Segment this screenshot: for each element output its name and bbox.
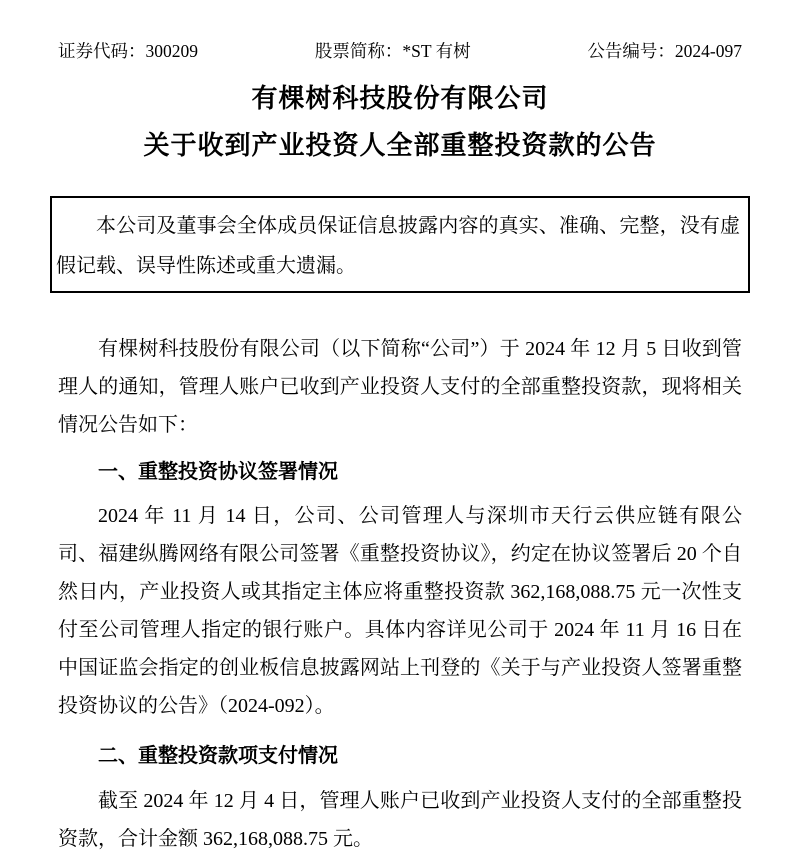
announcement-title: 关于收到产业投资人全部重整投资款的公告 (58, 130, 742, 160)
disclaimer-box: 本公司及董事会全体成员保证信息披露内容的真实、准确、完整，没有虚假记载、误导性陈… (50, 196, 750, 293)
section-2-heading: 二、重整投资款项支付情况 (58, 737, 742, 775)
disclaimer-text: 本公司及董事会全体成员保证信息披露内容的真实、准确、完整，没有虚假记载、误导性陈… (56, 206, 740, 286)
stock-short-name: 股票简称：*ST 有树 (315, 40, 471, 62)
section-1-heading: 一、重整投资协议签署情况 (58, 453, 742, 491)
section-2-body: 截至 2024 年 12 月 4 日，管理人账户已收到产业投资人支付的全部重整投… (58, 782, 742, 858)
company-name-title: 有棵树科技股份有限公司 (58, 83, 742, 113)
section-1-body: 2024 年 11 月 14 日，公司、公司管理人与深圳市天行云供应链有限公司、… (58, 497, 742, 725)
announcement-page: 证券代码：300209 股票简称：*ST 有树 公告编号：2024-097 有棵… (0, 0, 800, 864)
announcement-number: 公告编号：2024-097 (587, 40, 742, 62)
document-header: 证券代码：300209 股票简称：*ST 有树 公告编号：2024-097 (58, 40, 742, 62)
stock-code: 证券代码：300209 (58, 40, 198, 62)
intro-paragraph: 有棵树科技股份有限公司（以下简称“公司”）于 2024 年 12 月 5 日收到… (58, 330, 742, 444)
